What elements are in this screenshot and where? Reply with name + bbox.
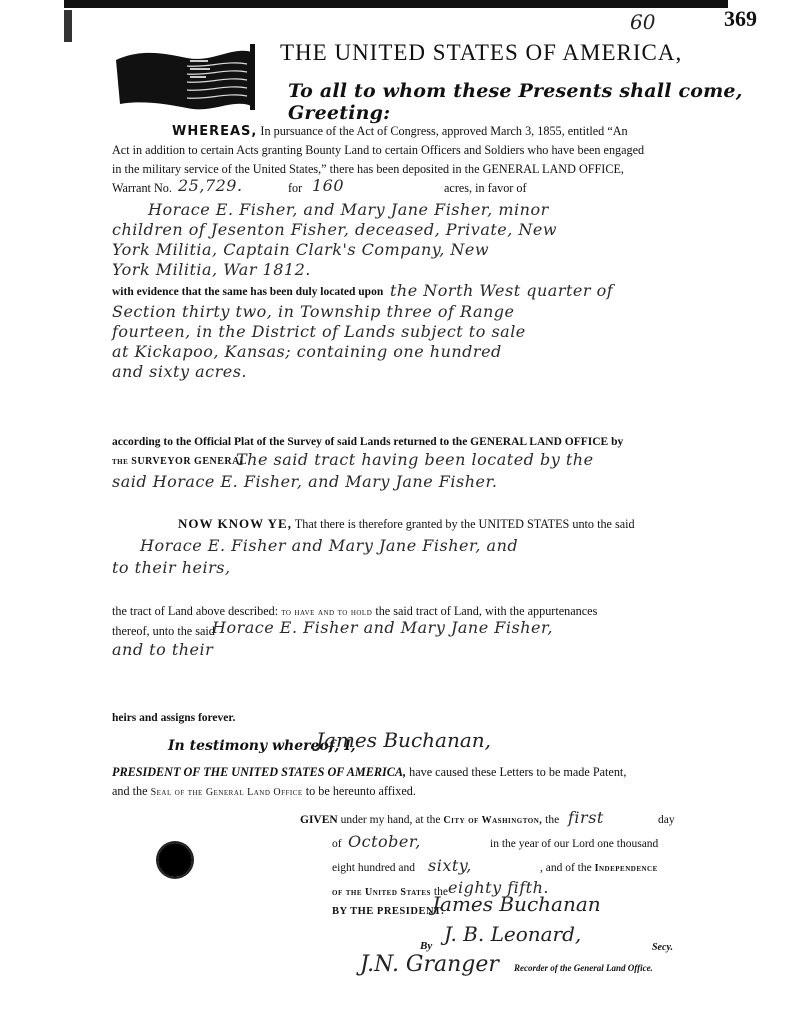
text: under my hand, at the xyxy=(341,814,441,826)
greeting: To all to whom these Presents shall come… xyxy=(288,80,791,124)
united-states-line: of the United States the xyxy=(332,884,448,899)
text: the tract of Land above described: xyxy=(112,604,278,618)
text: the xyxy=(545,814,559,826)
located-label: with evidence that the same has been dul… xyxy=(112,286,383,298)
president-signature: James Buchanan xyxy=(432,892,601,916)
whereas-line-3: in the military service of the United St… xyxy=(112,162,624,177)
thereof-label: thereof, unto the said xyxy=(112,624,215,639)
independence-line: , and of the Independence xyxy=(540,862,658,874)
text: to have and to hold xyxy=(281,607,372,618)
whereas-word: WHEREAS, xyxy=(172,124,257,139)
text: and the xyxy=(112,784,148,798)
text: of the United States xyxy=(332,887,431,898)
for-label: for xyxy=(288,181,302,196)
grantee-line-1: Horace E. Fisher and Mary Jane Fisher, a… xyxy=(140,536,518,555)
acres-value: 160 xyxy=(312,176,344,195)
pencil-annotation: 60 xyxy=(630,10,655,34)
heirs-line: heirs and assigns forever. xyxy=(112,712,235,724)
text: Independence xyxy=(595,863,658,874)
grantee-line-2: to their heirs, xyxy=(112,558,231,577)
whereas-line-1: WHEREAS, In pursuance of the Act of Cong… xyxy=(172,124,628,139)
text: GIVEN xyxy=(300,814,338,826)
eight-hundred-label: eight hundred and xyxy=(332,862,415,874)
month-value: October, xyxy=(348,832,421,851)
whereas-line-2: Act in addition to certain Acts granting… xyxy=(112,143,644,158)
warrant-number: 25,729. xyxy=(178,176,243,195)
secretary-label: Secy. xyxy=(652,942,673,953)
text: City of Washington, xyxy=(443,815,542,826)
now-know-ye: NOW KNOW YE, xyxy=(178,516,292,531)
day-value: first xyxy=(568,808,604,827)
tract-line: the tract of Land above described: to ha… xyxy=(112,604,597,619)
given-line-1: GIVEN under my hand, at the City of Wash… xyxy=(300,814,559,826)
text: , and of the xyxy=(540,862,592,874)
text: PRESIDENT OF THE UNITED STATES OF AMERIC… xyxy=(112,765,406,779)
scan-left-edge xyxy=(64,10,72,42)
text: to be hereunto affixed. xyxy=(306,784,416,798)
favor-line-1: Horace E. Fisher, and Mary Jane Fisher, … xyxy=(148,200,549,219)
page-number: 369 xyxy=(724,6,757,32)
location-line-2: Section thirty two, in Township three of… xyxy=(112,302,515,321)
document-title: THE UNITED STATES OF AMERICA, xyxy=(280,40,682,66)
scan-top-border xyxy=(64,0,728,8)
of-label: of xyxy=(332,838,342,850)
text: the said tract of Land, with the appurte… xyxy=(375,604,597,618)
text: have caused these Letters to be made Pat… xyxy=(409,765,626,779)
favor-line-3: York Militia, Captain Clark's Company, N… xyxy=(112,240,489,259)
president-line: PRESIDENT OF THE UNITED STATES OF AMERIC… xyxy=(112,765,626,780)
flag-icon xyxy=(112,38,262,110)
surveyor-label: the SURVEYOR GENERAL xyxy=(112,456,247,467)
location-line-5: and sixty acres. xyxy=(112,362,247,381)
seal-line: and the Seal of the General Land Office … xyxy=(112,784,416,799)
location-line-3: fourteen, in the District of Lands subje… xyxy=(112,322,526,341)
recorder-signature: J.N. Granger xyxy=(360,952,499,977)
surveyor-line-1: The said tract having been located by th… xyxy=(236,450,594,469)
year-text: in the year of our Lord one thousand xyxy=(490,838,658,850)
by-president-label: BY THE PRESIDENT: xyxy=(332,906,445,917)
now-know-ye-line: NOW KNOW YE, That there is therefore gra… xyxy=(178,516,635,532)
surveyor-line-2: said Horace E. Fisher, and Mary Jane Fis… xyxy=(112,472,497,491)
thereof-line-1: Horace E. Fisher and Mary Jane Fisher, xyxy=(212,618,553,637)
secretary-signature: J. B. Leonard, xyxy=(444,922,581,946)
recorder-label: Recorder of the General Land Office. xyxy=(514,963,653,973)
plat-line: according to the Official Plat of the Su… xyxy=(112,436,623,448)
favor-line-2: children of Jesenton Fisher, deceased, P… xyxy=(112,220,557,239)
favor-line-4: York Militia, War 1812. xyxy=(112,260,311,279)
text: In pursuance of the Act of Congress, app… xyxy=(260,124,627,138)
by-label: By xyxy=(420,940,432,952)
thereof-line-2: and to their xyxy=(112,640,213,659)
year-value: sixty, xyxy=(428,856,472,875)
president-signature-testimony: James Buchanan, xyxy=(316,728,491,752)
text: That there is therefore granted by the U… xyxy=(295,517,635,531)
day-label: day xyxy=(658,814,675,826)
acres-label: acres, in favor of xyxy=(444,181,527,196)
location-line-4: at Kickapoo, Kansas; containing one hund… xyxy=(112,342,502,361)
seal-icon xyxy=(158,843,192,877)
warrant-label: Warrant No. xyxy=(112,181,172,196)
location-line-1: the North West quarter of xyxy=(390,281,613,300)
text: Seal of the General Land Office xyxy=(151,787,303,798)
